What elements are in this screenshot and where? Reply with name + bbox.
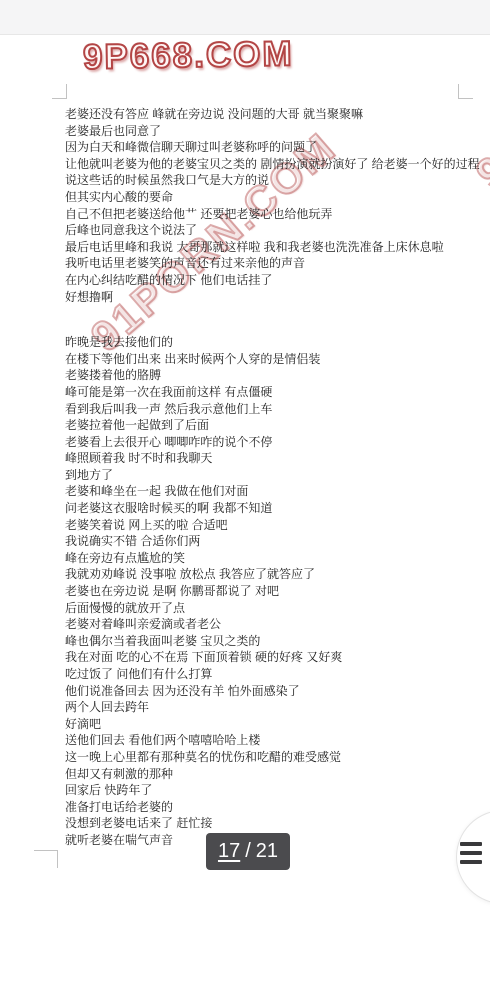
document-line: 他们说准备回去 因为还没有羊 怕外面感染了 xyxy=(65,683,485,700)
document-line: 老婆拉着他一起做到了后面 xyxy=(65,417,485,434)
hamburger-menu-icon xyxy=(460,842,482,864)
document-line: 我说确实不错 合适你们两 xyxy=(65,533,485,550)
text-boundary-mark-top-right xyxy=(458,84,473,99)
document-line: 看到我后叫我一声 然后我示意他们上车 xyxy=(65,401,485,418)
document-line: 在内心纠结吃醋的情况下 他们电话挂了 xyxy=(65,272,485,289)
document-line: 吃过饭了 问他们有什么打算 xyxy=(65,666,485,683)
page-separator: / xyxy=(245,840,251,863)
document-line: 老婆最后也同意了 xyxy=(65,123,485,140)
document-line: 回家后 快跨年了 xyxy=(65,782,485,799)
document-line: 到地方了 xyxy=(65,467,485,484)
document-line: 昨晚是我去接他们的 xyxy=(65,334,485,351)
document-line: 老婆笑着说 网上买的啦 合适吧 xyxy=(65,517,485,534)
document-line: 自己不但把老婆送给他艹 还要把老婆心也给他玩弄 xyxy=(65,206,485,223)
document-line: 这一晚上心里都有那种莫名的忧伤和吃醋的难受感觉 xyxy=(65,749,485,766)
document-line: 我在对面 吃的心不在焉 下面顶着锁 硬的好疼 又好爽 xyxy=(65,649,485,666)
document-line xyxy=(65,305,485,334)
document-line: 老婆还没有答应 峰就在旁边说 没问题的大哥 就当聚聚嘛 xyxy=(65,106,485,123)
document-line: 最后电话里峰和我说 大哥那就这样啦 我和我老婆也洗洗准备上床休息啦 xyxy=(65,239,485,256)
document-line: 后面慢慢的就放开了点 xyxy=(65,600,485,617)
document-line: 好想撸啊 xyxy=(65,289,485,306)
watermark-top: 9P668.COM xyxy=(83,34,294,78)
document-line: 在楼下等他们出来 出来时候两个人穿的是情侣装 xyxy=(65,351,485,368)
text-boundary-mark-bottom-left xyxy=(34,850,58,868)
document-line: 老婆也在旁边说 是啊 你鹏哥都说了 对吧 xyxy=(65,583,485,600)
text-boundary-mark-top-left xyxy=(52,84,67,99)
document-line: 说这些话的时候虽然我口气是大方的说 xyxy=(65,172,485,189)
document-line: 峰在旁边有点尴尬的笑 xyxy=(65,550,485,567)
document-line: 峰也偶尔当着我面叫老婆 宝贝之类的 xyxy=(65,633,485,650)
document-line: 老婆和峰坐在一起 我做在他们对面 xyxy=(65,483,485,500)
document-text: 老婆还没有答应 峰就在旁边说 没问题的大哥 就当聚聚嘛老婆最后也同意了因为白天和… xyxy=(65,106,485,849)
document-line: 老婆搂着他的胳膊 xyxy=(65,367,485,384)
document-line: 让他就叫老婆为他的老婆宝贝之类的 剧情扮演就扮演好了 给老婆一个好的过程 xyxy=(65,156,485,173)
document-line: 没想到老婆电话来了 赶忙接 xyxy=(65,815,485,832)
document-line: 好滴吧 xyxy=(65,716,485,733)
current-page: 17 xyxy=(218,840,240,863)
total-pages: 21 xyxy=(256,840,278,863)
document-line: 我就劝劝峰说 没事啦 放松点 我答应了就答应了 xyxy=(65,566,485,583)
document-line: 但其实内心酸的要命 xyxy=(65,189,485,206)
document-line: 两个人回去跨年 xyxy=(65,699,485,716)
document-line: 问老婆这衣服啥时候买的啊 我都不知道 xyxy=(65,500,485,517)
document-line: 峰可能是第一次在我面前这样 有点僵硬 xyxy=(65,384,485,401)
reader-screen: 9P668.COM 91PORN.COM 91PORN.COM 老婆还没有答应 … xyxy=(0,0,490,1000)
document-line: 我听电话里老婆笑的声音还有过来亲他的声音 xyxy=(65,255,485,272)
page-indicator[interactable]: 17 / 21 xyxy=(206,833,290,870)
document-line: 因为白天和峰微信聊天聊过叫老婆称呼的问题了 xyxy=(65,139,485,156)
document-line: 峰照顾着我 时不时和我聊天 xyxy=(65,450,485,467)
document-line: 老婆对着峰叫亲爱滴或者老公 xyxy=(65,616,485,633)
document-line: 准备打电话给老婆的 xyxy=(65,799,485,816)
document-line: 后峰也同意我这个说法了 xyxy=(65,222,485,239)
document-line: 送他们回去 看他们两个嘻嘻哈哈上楼 xyxy=(65,732,485,749)
top-strip xyxy=(0,0,490,35)
document-line: 老婆看上去很开心 唧唧咋咋的说个不停 xyxy=(65,434,485,451)
document-line: 但却又有刺激的那种 xyxy=(65,766,485,783)
